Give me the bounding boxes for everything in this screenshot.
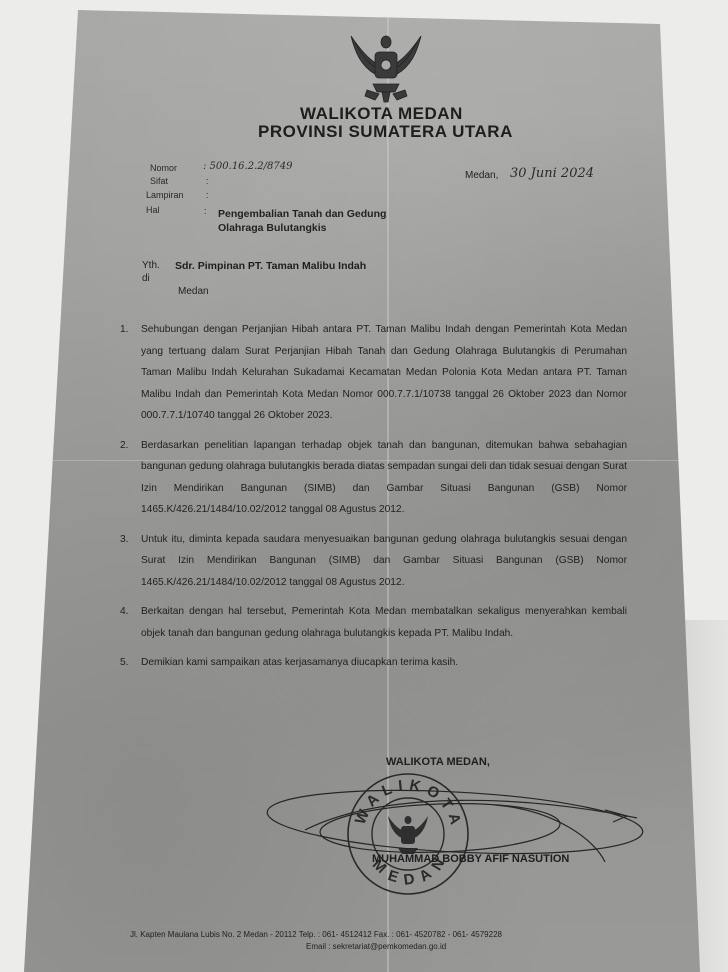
hal-colon: : — [204, 206, 207, 216]
list-item: 2. Berdasarkan penelitian lapangan terha… — [132, 435, 627, 521]
lampiran-value: : — [206, 190, 209, 200]
list-item-text: Untuk itu, diminta kepada saudara menyes… — [141, 534, 627, 588]
list-item: 4. Berkaitan dengan hal tersebut, Pemeri… — [132, 601, 627, 644]
garuda-emblem-icon — [345, 28, 427, 106]
list-item: 1. Sehubungan dengan Perjanjian Hibah an… — [132, 319, 627, 427]
di-label: di — [142, 273, 150, 284]
signatory-name: MUHAMMAD BOBBY AFIF NASUTION — [372, 853, 569, 865]
sifat-value: : — [206, 176, 209, 186]
footer-address: Jl. Kapten Maulana Lubis No. 2 Medan - 2… — [130, 930, 502, 939]
list-item-text: Berdasarkan penelitian lapangan terhadap… — [141, 440, 627, 516]
recipient-name: Sdr. Pimpinan PT. Taman Malibu Indah — [175, 260, 366, 272]
letterhead-title: WALIKOTA MEDAN — [300, 104, 463, 124]
footer-email: Email : sekretariat@pemkomedan.go.id — [306, 942, 446, 951]
recipient-city: Medan — [178, 286, 209, 297]
list-item: 3. Untuk itu, diminta kepada saudara men… — [132, 529, 627, 594]
list-item-text: Sehubungan dengan Perjanjian Hibah antar… — [141, 324, 627, 421]
sifat-label: Sifat — [150, 176, 168, 186]
letterhead-subtitle: PROVINSI SUMATERA UTARA — [258, 122, 513, 142]
yth-label: Yth. — [142, 260, 160, 271]
signature-title: WALIKOTA MEDAN, — [386, 756, 490, 768]
letter-body-list: 1. Sehubungan dengan Perjanjian Hibah an… — [132, 319, 627, 682]
nomor-label: Nomor — [150, 163, 177, 173]
nomor-value: : 500.16.2.2/8749 — [203, 161, 292, 172]
letter-paper: WALIKOTA MEDAN PROVINSI SUMATERA UTARA N… — [0, 0, 728, 972]
handwritten-date: 30 Juni 2024 — [510, 166, 594, 181]
list-item-text: Berkaitan dengan hal tersebut, Pemerinta… — [141, 606, 627, 639]
list-item-text: Demikian kami sampaikan atas kerjasamany… — [141, 657, 458, 668]
hal-label: Hal — [146, 205, 160, 215]
lampiran-label: Lampiran — [146, 190, 184, 200]
list-item: 5. Demikian kami sampaikan atas kerjasam… — [132, 652, 627, 674]
place-date-label: Medan, — [465, 170, 498, 181]
hal-subject-line1: Pengembalian Tanah dan Gedung — [218, 207, 386, 221]
hal-subject-line2: Olahraga Bulutangkis — [218, 221, 327, 235]
